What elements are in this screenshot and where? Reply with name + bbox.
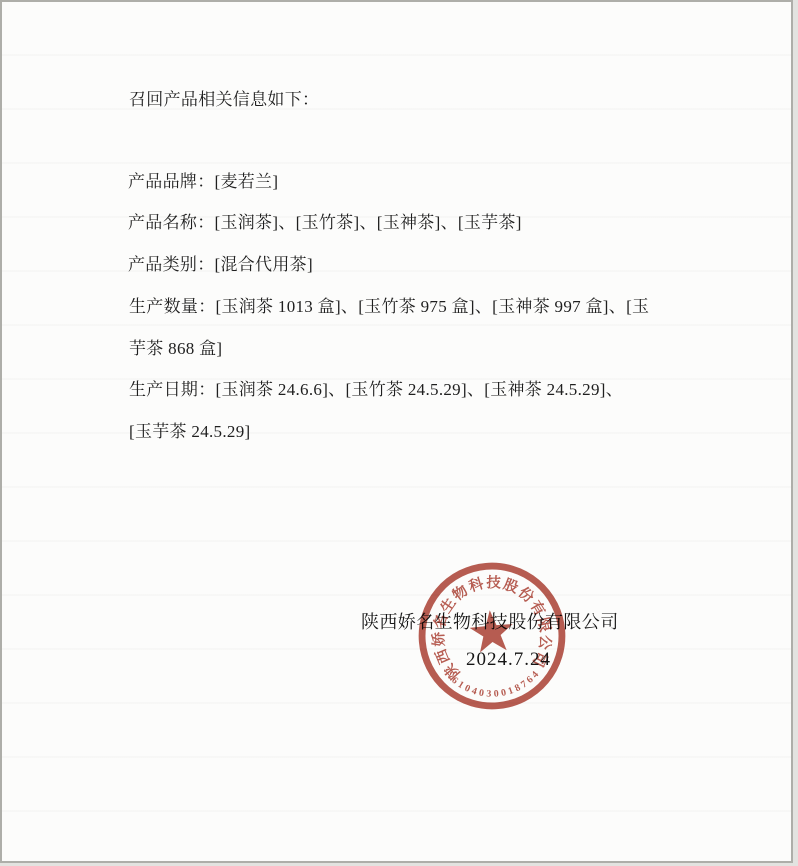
- body-line-product-category: 产品类别：[混合代用茶]: [128, 253, 313, 277]
- document-heading: 召回产品相关信息如下：: [129, 88, 319, 112]
- body-line-production-quantity-2: 芋茶 868 盒]: [129, 337, 222, 361]
- body-line-product-names: 产品名称：[玉润茶]、[玉竹茶]、[玉神茶]、[玉芋茶]: [128, 211, 522, 235]
- scanned-document-page: 召回产品相关信息如下： 产品品牌：[麦若兰] 产品名称：[玉润茶]、[玉竹茶]、…: [0, 0, 793, 863]
- body-line-production-quantity-1: 生产数量：[玉润茶 1013 盒]、[玉竹茶 975 盒]、[玉神茶 997 盒…: [129, 295, 649, 319]
- body-line-production-date-2: [玉芋茶 24.5.29]: [129, 420, 250, 444]
- body-line-product-brand: 产品品牌：[麦若兰]: [128, 170, 278, 194]
- body-line-production-date-1: 生产日期：[玉润茶 24.6.6]、[玉竹茶 24.5.29]、[玉神茶 24.…: [129, 378, 623, 402]
- star-icon: [468, 608, 515, 653]
- company-seal: 陕西娇名生物科技股份有限公司 6104030018764: [409, 552, 574, 721]
